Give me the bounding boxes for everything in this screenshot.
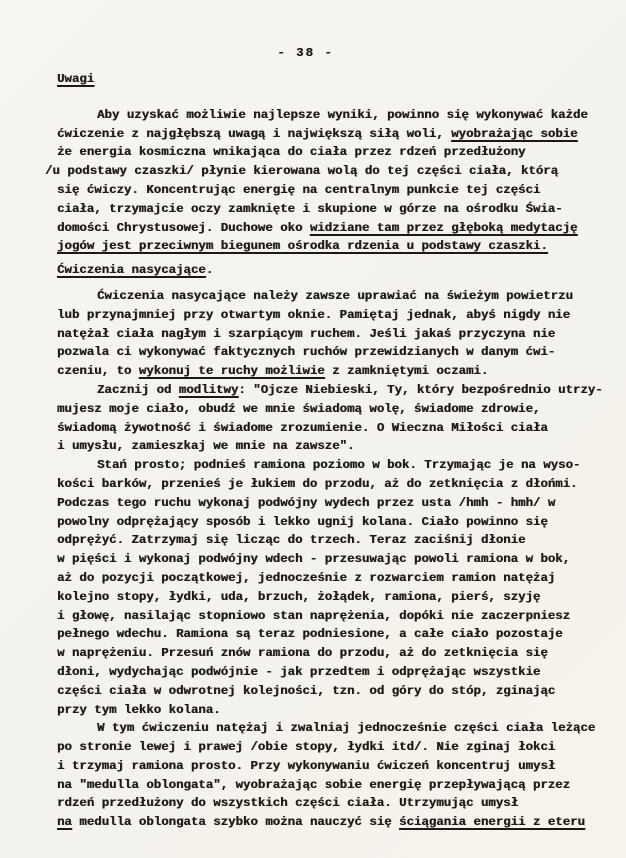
text-segment: kości barków, przenieś je łukiem do przo…: [57, 477, 578, 491]
text-segment: że energia kosmiczna wnikająca do ciała …: [57, 145, 525, 159]
underlined-text: Uwagi: [57, 72, 94, 86]
paragraph: W tym ćwiczeniu natężaj i zwalniaj jedno…: [57, 719, 574, 832]
underlined-text: wyobrażając sobie: [451, 127, 577, 141]
text-line: jogów jest przeciwnym biegunem ośrodka r…: [57, 237, 574, 256]
text-line: mujesz moje ciało, obudź we mnie świadom…: [57, 400, 574, 419]
text-segment: pozwala ci wykonywać faktycznych ruchów …: [57, 345, 555, 359]
text-segment: w naprężeniu. Przesuń znów ramiona do pr…: [57, 646, 548, 660]
text-line: na "medulla oblongata", wyobrażając sobi…: [57, 776, 574, 795]
text-line: Ćwiczenia nasycające należy zawsze upraw…: [57, 287, 574, 306]
text-line: natężał ciała nagłym i szarpiącym ruchem…: [57, 325, 574, 344]
text-segment: lub przynajmniej przy otwartym oknie. Pa…: [57, 308, 570, 322]
text-line: Podczas tego ruchu wykonaj podwójny wyde…: [57, 494, 574, 513]
text-line: kolejno stopy, łydki, uda, brzuch, żołąd…: [57, 588, 574, 607]
text-segment: i głowę, nasilając stopniowo stan napręż…: [57, 609, 570, 623]
text-line: i trzymaj ramiona prosto. Przy wykonywan…: [57, 757, 574, 776]
text-segment: pełnego wdechu. Ramiona są teraz podnies…: [57, 627, 563, 641]
paragraph: Stań prosto; podnieś ramiona poziomo w b…: [57, 456, 574, 719]
text-line: czeniu, to wykonuj te ruchy możliwie z z…: [57, 362, 574, 381]
text-line: pozwala ci wykonywać faktycznych ruchów …: [57, 343, 574, 362]
text-segment: rdzeń przedłużony do wszystkich części c…: [57, 796, 518, 810]
text-line: pełnego wdechu. Ramiona są teraz podnies…: [57, 625, 574, 644]
text-segment: Stań prosto; podnieś ramiona poziomo w b…: [97, 458, 580, 472]
text-segment: przy tym lekko kolana.: [57, 703, 221, 717]
text-line: Zacznij od modlitwy: "Ojcze Niebieski, T…: [57, 381, 574, 400]
underlined-text: ściągania energii z eteru: [399, 815, 585, 829]
section-heading: Ćwiczenia nasycające.: [57, 261, 574, 280]
text-segment: medulla oblongata szybko można nauczyć s…: [72, 815, 399, 829]
document-page: - 38 - UwagiAby uzyskać możliwie najleps…: [0, 0, 626, 858]
paragraph: Ćwiczenia nasycające należy zawsze upraw…: [57, 287, 574, 381]
document-content: UwagiAby uzyskać możliwie najlepsze wyni…: [57, 70, 574, 832]
text-line: na medulla oblongata szybko można nauczy…: [57, 813, 574, 832]
text-segment: ćwiczenie z najgłębszą uwagą i największ…: [57, 127, 451, 141]
text-line: Ćwiczenia nasycające.: [57, 261, 574, 280]
text-segment: natężał ciała nagłym i szarpiącym ruchem…: [57, 327, 555, 341]
text-line: i umysłu, zamieszkaj we mnie na zawsze".: [57, 437, 574, 456]
underlined-text: wykonuj te ruchy możliwie: [139, 364, 325, 378]
text-segment: ciała, trzymajcie oczy zamknięte i skupi…: [57, 202, 563, 216]
text-segment: aż do pozycji początkowej, jednocześnie …: [57, 571, 555, 585]
text-line: w naprężeniu. Przesuń znów ramiona do pr…: [57, 644, 574, 663]
text-line: się ćwiczy. Koncentrując energię na cent…: [57, 181, 574, 200]
underlined-text: jogów jest przeciwnym biegunem ośrodka r…: [57, 239, 548, 253]
text-segment: Zacznij od: [97, 383, 179, 397]
text-segment: Ćwiczenia nasycające należy zawsze upraw…: [97, 289, 573, 303]
text-segment: Podczas tego ruchu wykonaj podwójny wyde…: [57, 496, 555, 510]
text-line: Stań prosto; podnieś ramiona poziomo w b…: [57, 456, 574, 475]
section-heading: Uwagi: [57, 70, 574, 89]
text-segment: dłoni, wydychając podwójnie - jak przedt…: [57, 665, 540, 679]
text-segment: domości Chrystusowej. Duchowe oko: [57, 221, 310, 235]
text-segment: Aby uzyskać możliwie najlepsze wyniki, p…: [97, 108, 588, 122]
text-line: że energia kosmiczna wnikająca do ciała …: [57, 143, 574, 162]
text-segment: /u podstawy czaszki/ płynie kierowana wo…: [45, 164, 558, 178]
text-segment: .: [206, 263, 213, 277]
text-line: lub przynajmniej przy otwartym oknie. Pa…: [57, 306, 574, 325]
text-line: dłoni, wydychając podwójnie - jak przedt…: [57, 663, 574, 682]
text-line: przy tym lekko kolana.: [57, 701, 574, 720]
text-line: aż do pozycji początkowej, jednocześnie …: [57, 569, 574, 588]
paragraph: Zacznij od modlitwy: "Ojcze Niebieski, T…: [57, 381, 574, 456]
text-line: w pięści i wykonaj podwójny wdech - prze…: [57, 550, 574, 569]
underlined-text: Ćwiczenia nasycające: [57, 263, 206, 277]
text-segment: i umysłu, zamieszkaj we mnie na zawsze".: [57, 439, 354, 453]
underlined-text: na: [57, 815, 72, 829]
text-line: /u podstawy czaszki/ płynie kierowana wo…: [45, 162, 574, 181]
underlined-text: modlitwy: [179, 383, 239, 397]
text-line: części ciała w odwrotnej kolejności, tzn…: [57, 682, 574, 701]
text-segment: świadomą żywotność i świadome zrozumieni…: [57, 421, 548, 435]
text-segment: : "Ojcze Niebieski, Ty, który bezpośredn…: [238, 383, 602, 397]
text-segment: i trzymaj ramiona prosto. Przy wykonywan…: [57, 759, 555, 773]
text-segment: W tym ćwiczeniu natężaj i zwalniaj jedno…: [97, 721, 595, 735]
text-segment: kolejno stopy, łydki, uda, brzuch, żołąd…: [57, 590, 540, 604]
text-segment: się ćwiczy. Koncentrując energię na cent…: [57, 183, 540, 197]
text-line: domości Chrystusowej. Duchowe oko widzia…: [57, 219, 574, 238]
text-segment: odprężyć. Zatrzymaj się licząc do trzech…: [57, 533, 525, 547]
text-segment: w pięści i wykonaj podwójny wdech - prze…: [57, 552, 570, 566]
text-segment: części ciała w odwrotnej kolejności, tzn…: [57, 684, 555, 698]
text-line: rdzeń przedłużony do wszystkich części c…: [57, 794, 574, 813]
text-segment: czeniu, to: [57, 364, 139, 378]
text-line: ciała, trzymajcie oczy zamknięte i skupi…: [57, 200, 574, 219]
page-number: - 38 -: [47, 44, 564, 62]
text-line: świadomą żywotność i świadome zrozumieni…: [57, 419, 574, 438]
text-line: odprężyć. Zatrzymaj się licząc do trzech…: [57, 531, 574, 550]
text-line: ćwiczenie z najgłębszą uwagą i największ…: [57, 125, 574, 144]
text-line: i głowę, nasilając stopniowo stan napręż…: [57, 607, 574, 626]
text-line: powolny odprężający sposób i lekko ugnij…: [57, 513, 574, 532]
text-line: W tym ćwiczeniu natężaj i zwalniaj jedno…: [57, 719, 574, 738]
text-line: po stronie lewej i prawej /obie stopy, ł…: [57, 738, 574, 757]
text-line: Uwagi: [57, 70, 574, 89]
text-segment: mujesz moje ciało, obudź we mnie świadom…: [57, 402, 540, 416]
underlined-text: widziane tam przez głęboką medytację: [310, 221, 578, 235]
text-line: kości barków, przenieś je łukiem do przo…: [57, 475, 574, 494]
text-segment: po stronie lewej i prawej /obie stopy, ł…: [57, 740, 555, 754]
text-segment: na "medulla oblongata", wyobrażając sobi…: [57, 778, 570, 792]
text-segment: powolny odprężający sposób i lekko ugnij…: [57, 515, 548, 529]
text-segment: z zamkniętymi oczami.: [325, 364, 489, 378]
text-line: Aby uzyskać możliwie najlepsze wyniki, p…: [57, 106, 574, 125]
paragraph: Aby uzyskać możliwie najlepsze wyniki, p…: [57, 106, 574, 256]
